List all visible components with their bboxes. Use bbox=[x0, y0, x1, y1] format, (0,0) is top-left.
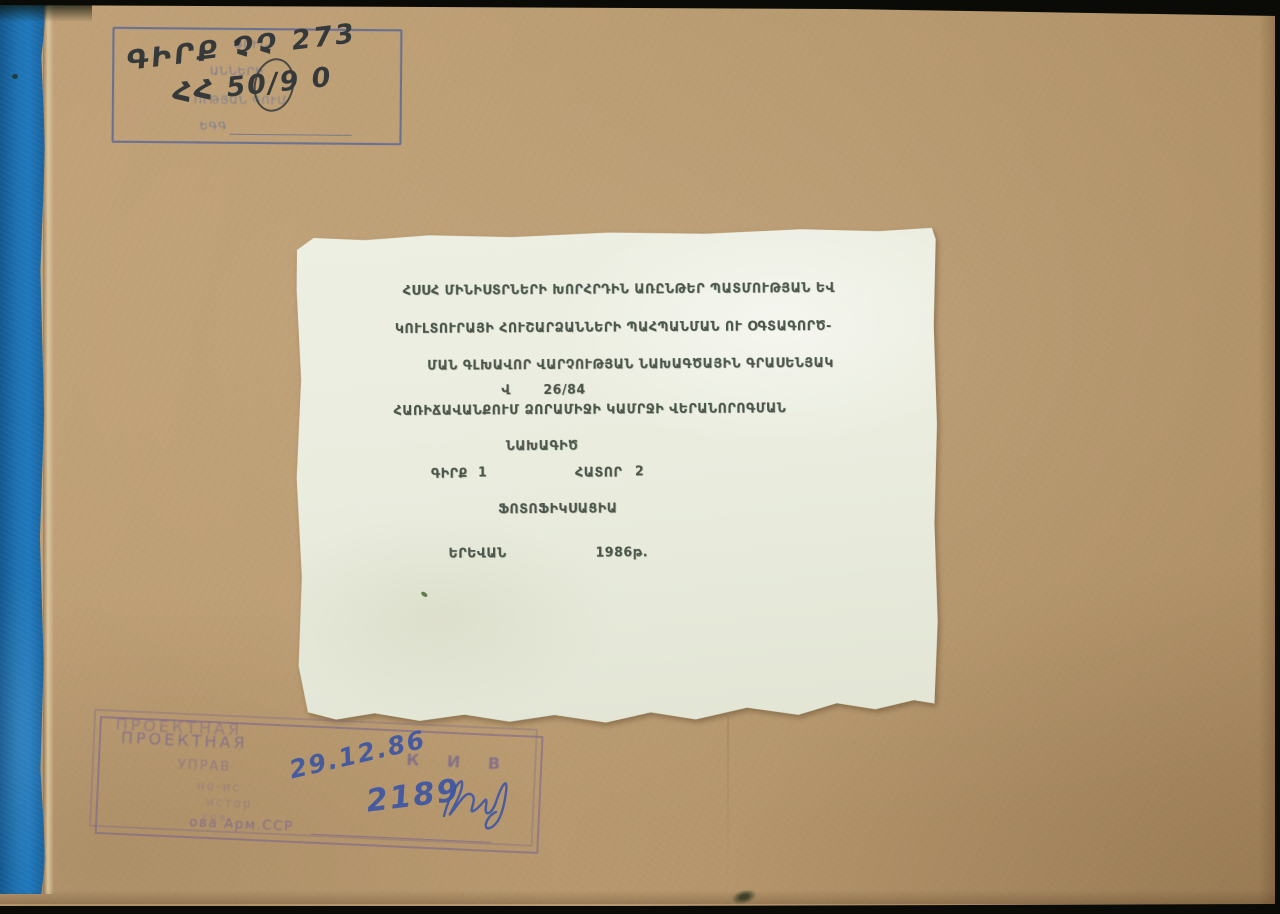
spine-ridge bbox=[43, 6, 54, 894]
green-fleck bbox=[420, 591, 428, 598]
spine-tape bbox=[0, 4, 47, 894]
bottom-stamp-dept: УПРАВ bbox=[178, 758, 232, 775]
label-org-line2: ԿՈՒԼՏՈՒՐԱՅԻ ՀՈՒՇԱՐՁԱՆՆԵՐԻ ՊԱՀՊԱՆՄԱՆ ՈՒ Օ… bbox=[395, 317, 832, 336]
label-volume-number: 2 bbox=[635, 462, 644, 478]
label-volume-label: ՀԱՏՈՐ bbox=[575, 463, 623, 480]
label-book-number: 1 bbox=[478, 463, 487, 479]
paper-crease bbox=[727, 716, 729, 898]
title-label-surface: ՀՍՍՀ ՄԻՆԻՍՏՐՆԵՐԻ ԽՈՐՀՐԴԻՆ ԱՌԸՆԹԵՐ ՊԱՏՄՈՒ… bbox=[294, 227, 939, 725]
label-doc-number: 26/84 bbox=[543, 381, 585, 397]
cover-bottom-shading bbox=[0, 890, 1280, 904]
cover-right-shading bbox=[1259, 10, 1275, 906]
spine-speck bbox=[12, 74, 18, 79]
label-photofixation: ՖՈՏՈՖԻԿՍԱՑԻԱ bbox=[498, 499, 617, 516]
bottom-stamp-fragment: но-ис bbox=[197, 778, 242, 794]
top-stamp-underline bbox=[230, 134, 352, 136]
signature-scribble bbox=[430, 762, 522, 834]
bottom-stamp-fragment: истор bbox=[206, 795, 253, 811]
title-label-paper: ՀՍՍՀ ՄԻՆԻՍՏՐՆԵՐԻ ԽՈՐՀՐԴԻՆ ԱՌԸՆԹԵՐ ՊԱՏՄՈՒ… bbox=[294, 227, 939, 725]
label-book-label: ԳԻՐՔ bbox=[431, 464, 468, 480]
scan-edge-right bbox=[1275, 0, 1280, 914]
label-city: ԵՐԵՎԱՆ bbox=[448, 544, 506, 561]
top-stamp-fragment: ԵԳԳ bbox=[200, 120, 228, 133]
label-year: 1986թ. bbox=[595, 543, 648, 560]
bottom-stamp-underline bbox=[311, 834, 491, 843]
label-org-line3: ՄԱՆ ԳԼԽԱՎՈՐ ՎԱՐՉՈՒԹՅԱՆ ՆԱԽԱԳԾԱՅԻՆ ԳՐԱՍԵՆ… bbox=[427, 354, 834, 373]
label-org-line1: ՀՍՍՀ ՄԻՆԻՍՏՐՆԵՐԻ ԽՈՐՀՐԴԻՆ ԱՌԸՆԹԵՐ ՊԱՏՄՈՒ… bbox=[403, 279, 835, 298]
scanned-cover-photo: ՅՈՒՆ ԱՆՆԵՐԻ ՈՒԹՅԱՆ ԳՈՒՄ ԵԳԳ ԳԻՐՔ ՉՉ 273 … bbox=[0, 0, 1280, 914]
label-project-word: ՆԱԽԱԳԻԾ bbox=[506, 437, 579, 454]
bottom-stamp-footer: ова Арм.ССР bbox=[189, 814, 294, 835]
label-subject: ՀԱՌԻՃԱՎԱՆՔՈՒՄ ՁՈՐԱՄԻՋԻ ԿԱՄՐՋԻ ՎԵՐԱՆՈՐՈԳՄ… bbox=[393, 399, 786, 418]
label-doc-prefix: Վ bbox=[501, 381, 511, 397]
